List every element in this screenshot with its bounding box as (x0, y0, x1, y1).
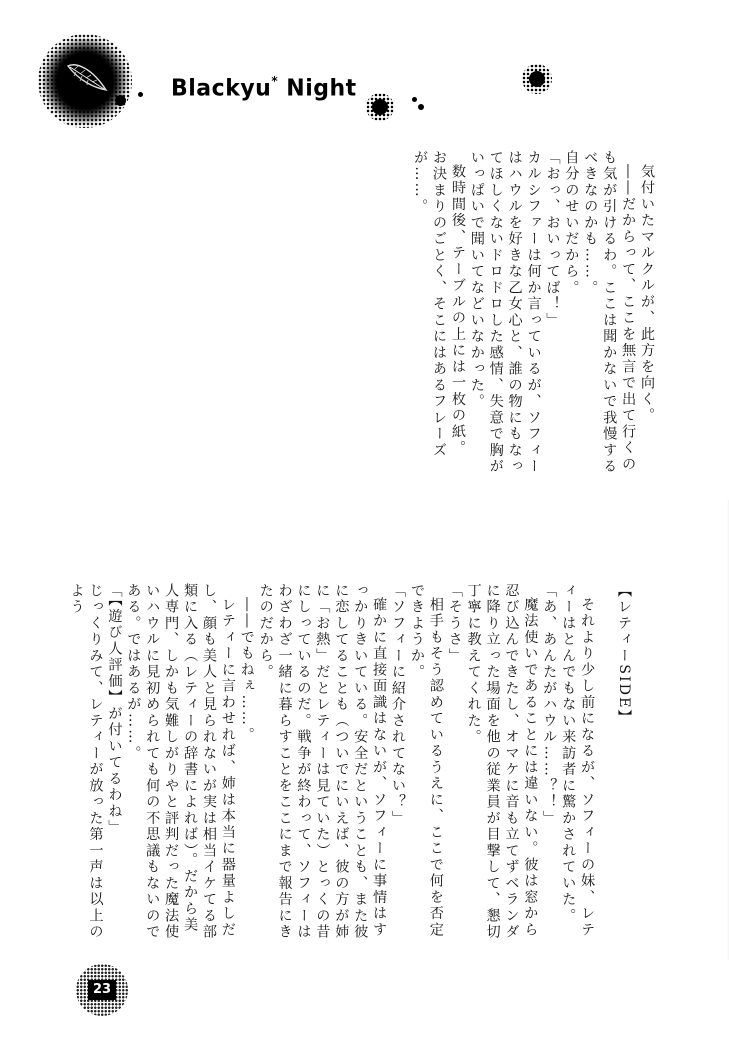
section-heading: 【レティーSIDE】 (614, 583, 633, 943)
dialogue-line: 「【遊び人評価】が付いてるわね」 (105, 583, 124, 943)
paragraph: カルシファーは何か言っているが、ソフィーはハウルを好きな乙女心と、誰の物にもなっ… (467, 150, 543, 480)
ornament-dot (418, 104, 424, 110)
paragraph: 相手もそう認めているうえに、ここで何を否定できようか。 (407, 583, 445, 943)
title-text-1: Blackyu (171, 75, 271, 101)
ornament-dot (115, 95, 126, 106)
dialogue-line: 「おっ、おいってば！」 (543, 150, 562, 480)
paragraph: じっくりみて、レティーが放った第一声は以上のよう (67, 583, 105, 943)
dialogue-line: 「ソフィーに紹介されてない？」 (388, 583, 407, 943)
paragraph: 魔法使いであることには違いない。彼は窓から忍び込んできたし、オマケに音も立てずベ… (464, 583, 540, 943)
series-title: Blackyu* Night (171, 75, 357, 101)
title-text-2: Night (278, 75, 357, 101)
paragraph: それより少し前になるが、ソフィーの妹、レティーはとんでもない来訪者に驚かされてい… (558, 583, 596, 943)
ornament-dot (138, 92, 143, 97)
page-number-badge: 23 (82, 970, 122, 1010)
dialogue-line: 「そうさ」 (445, 583, 464, 943)
paragraph: ――だからって、ここを無言で出て行くのも気が引けるわ。ここは聞かないで我慢するべ… (580, 150, 637, 480)
paragraph: お決まりのごとく、そこにはあるフレーズが……。 (410, 150, 448, 480)
page-number: 23 (88, 980, 116, 1000)
title-star: * (271, 73, 278, 88)
paragraph: 自分のせいだから。 (561, 150, 580, 480)
dialogue-line: 「あ、あんたがハウル……？！」 (539, 583, 558, 943)
paragraph: ――でもねぇ……。 (237, 583, 256, 943)
paragraph: 数時間後、テーブルの上には一枚の紙。 (448, 150, 467, 480)
paragraph: 気付いたマルクルが、此方を向く。 (637, 150, 656, 480)
ornament-dot (412, 97, 417, 102)
paragraph: 確かに直接面識はないが、ソフィーに事情はすっかりきいている。安全だということも、… (256, 583, 388, 943)
top-text-section: 気付いたマルクルが、此方を向く。 ――だからって、ここを無言で出て行くのも気が引… (410, 150, 656, 480)
paragraph: レティーに言わせれば、姉は本当に器量よしだし、顔も美人と見られないが実は相当イケ… (123, 583, 236, 943)
page-header: Blackyu* Night (0, 0, 729, 140)
bottom-text-section: 【レティーSIDE】 それより少し前になるが、ソフィーの妹、レティーはとんでもな… (67, 583, 633, 943)
ornament-dot (529, 71, 545, 87)
feather-icon (62, 58, 112, 98)
ornament-dot (372, 99, 388, 115)
